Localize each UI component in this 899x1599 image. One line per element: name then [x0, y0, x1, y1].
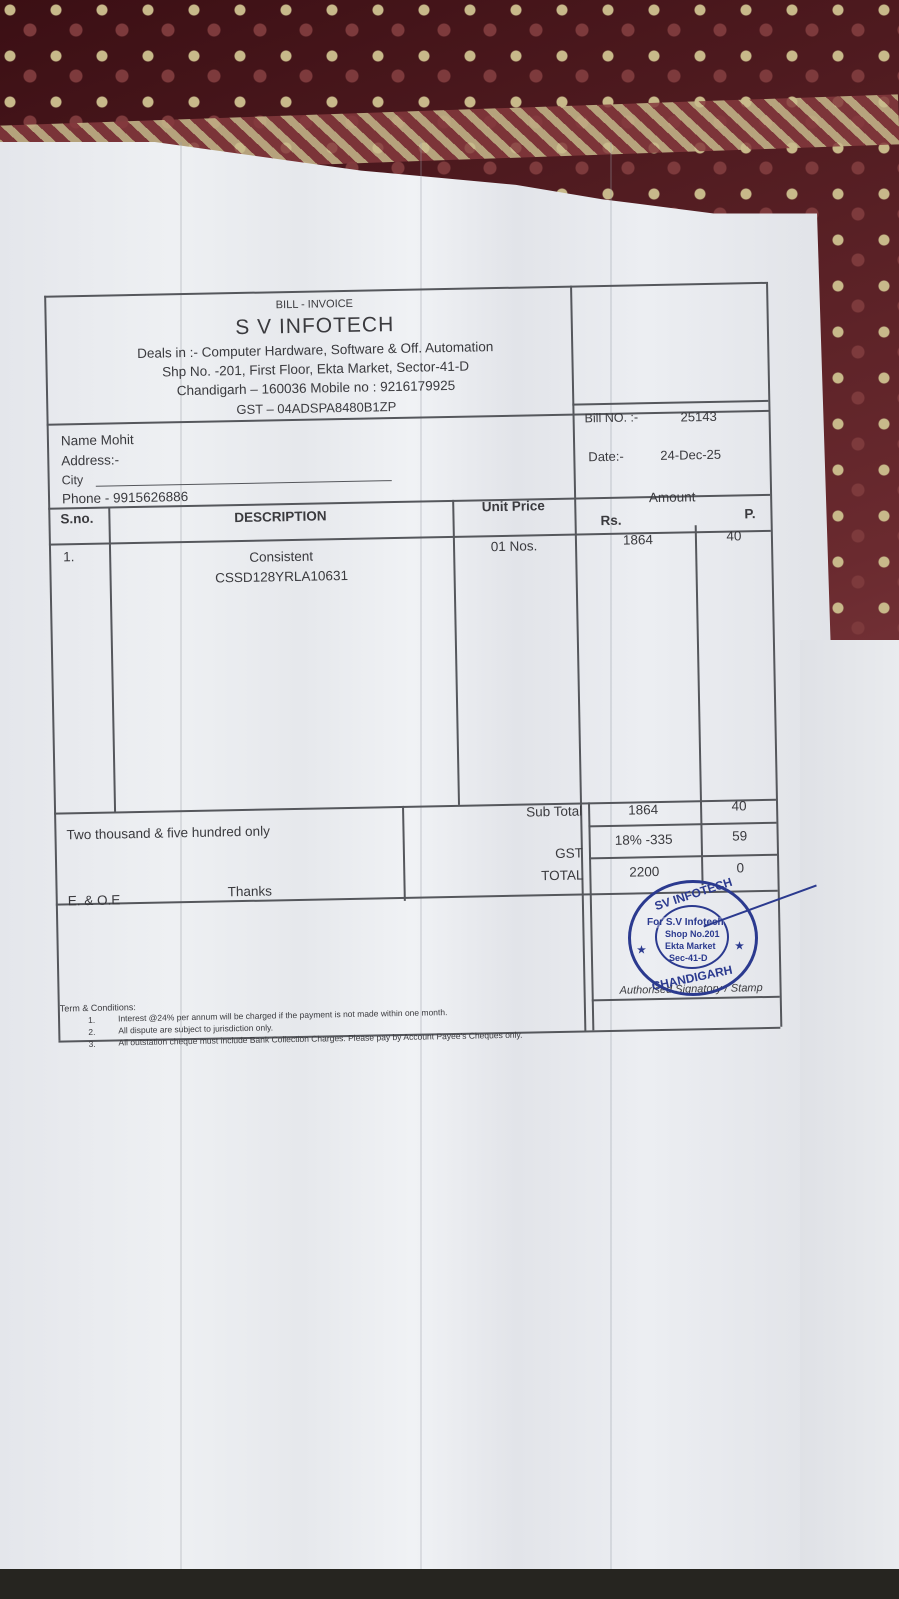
customer-phone: Phone - 9915626886 — [62, 489, 188, 506]
terms-item-text: Interest @24% per annum will be charged … — [118, 1007, 448, 1023]
stamp-line3: Sec-41-D — [669, 953, 708, 963]
terms-item-num: 3. — [88, 1039, 95, 1049]
terms-item-text: All dispute are subject to jurisdiction … — [118, 1022, 273, 1035]
bill-divider — [572, 400, 768, 405]
stamp-star-icon: ★ — [735, 941, 744, 952]
gst-rs: 18% -335 — [589, 831, 699, 848]
company-stamp: SV INFOTECH For S.V Infotech Shop No.201… — [628, 880, 758, 996]
sub-total-p: 40 — [702, 798, 776, 814]
row-description-line2: CSSD128YRLA10631 — [111, 566, 451, 588]
row-unit-price: 01 Nos. — [453, 538, 575, 555]
date-label: Date:- — [588, 449, 624, 465]
border-line — [766, 282, 782, 1027]
total-label: TOTAL — [511, 867, 583, 883]
bill-no-value: 25143 — [680, 409, 716, 425]
stamp-line1: Shop No.201 — [665, 929, 720, 939]
terms-item-num: 1. — [88, 1015, 95, 1025]
totals-divider — [589, 854, 777, 859]
paper-sheet-right — [800, 640, 899, 1590]
customer-name: Name Mohit — [61, 432, 134, 448]
stamp-star-icon: ★ — [637, 945, 646, 956]
eoe-label: E. & O.E — [68, 892, 121, 908]
header-sno: S.no. — [60, 511, 93, 527]
city-underline — [96, 480, 392, 487]
row-amount-p: 40 — [697, 528, 771, 544]
amount-in-words: Two thousand & five hundred only — [66, 823, 270, 842]
terms-heading: Term & Conditions: — [60, 1002, 136, 1013]
thanks-label: Thanks — [227, 883, 272, 899]
header-amount: Amount — [574, 488, 770, 507]
totals-divider — [588, 822, 776, 827]
gst-label: GST — [511, 845, 583, 861]
bill-no-label: Bill NO. :- — [584, 410, 638, 425]
sub-total-rs: 1864 — [588, 801, 698, 818]
customer-city: City — [62, 473, 84, 487]
gst-p: 59 — [703, 828, 777, 844]
header-description: DESCRIPTION — [110, 506, 450, 528]
terms-item-num: 2. — [88, 1027, 95, 1037]
sub-total-label: Sub Total — [510, 803, 582, 819]
column-line — [402, 806, 405, 901]
header-p: P. — [744, 506, 755, 521]
row-sno: 1. — [63, 549, 75, 564]
header-rs: Rs. — [600, 513, 621, 528]
customer-address: Address:- — [61, 452, 119, 468]
total-p: 0 — [703, 860, 777, 876]
header-unit-price: Unit Price — [452, 498, 574, 515]
row-amount-rs: 1864 — [583, 531, 693, 548]
stamp-line2: Ekta Market — [665, 941, 716, 951]
date-value: 24-Dec-25 — [660, 447, 721, 463]
total-rs: 2200 — [589, 863, 699, 880]
row-description-line1: Consistent — [111, 546, 451, 568]
bottom-cloth — [0, 1569, 899, 1599]
